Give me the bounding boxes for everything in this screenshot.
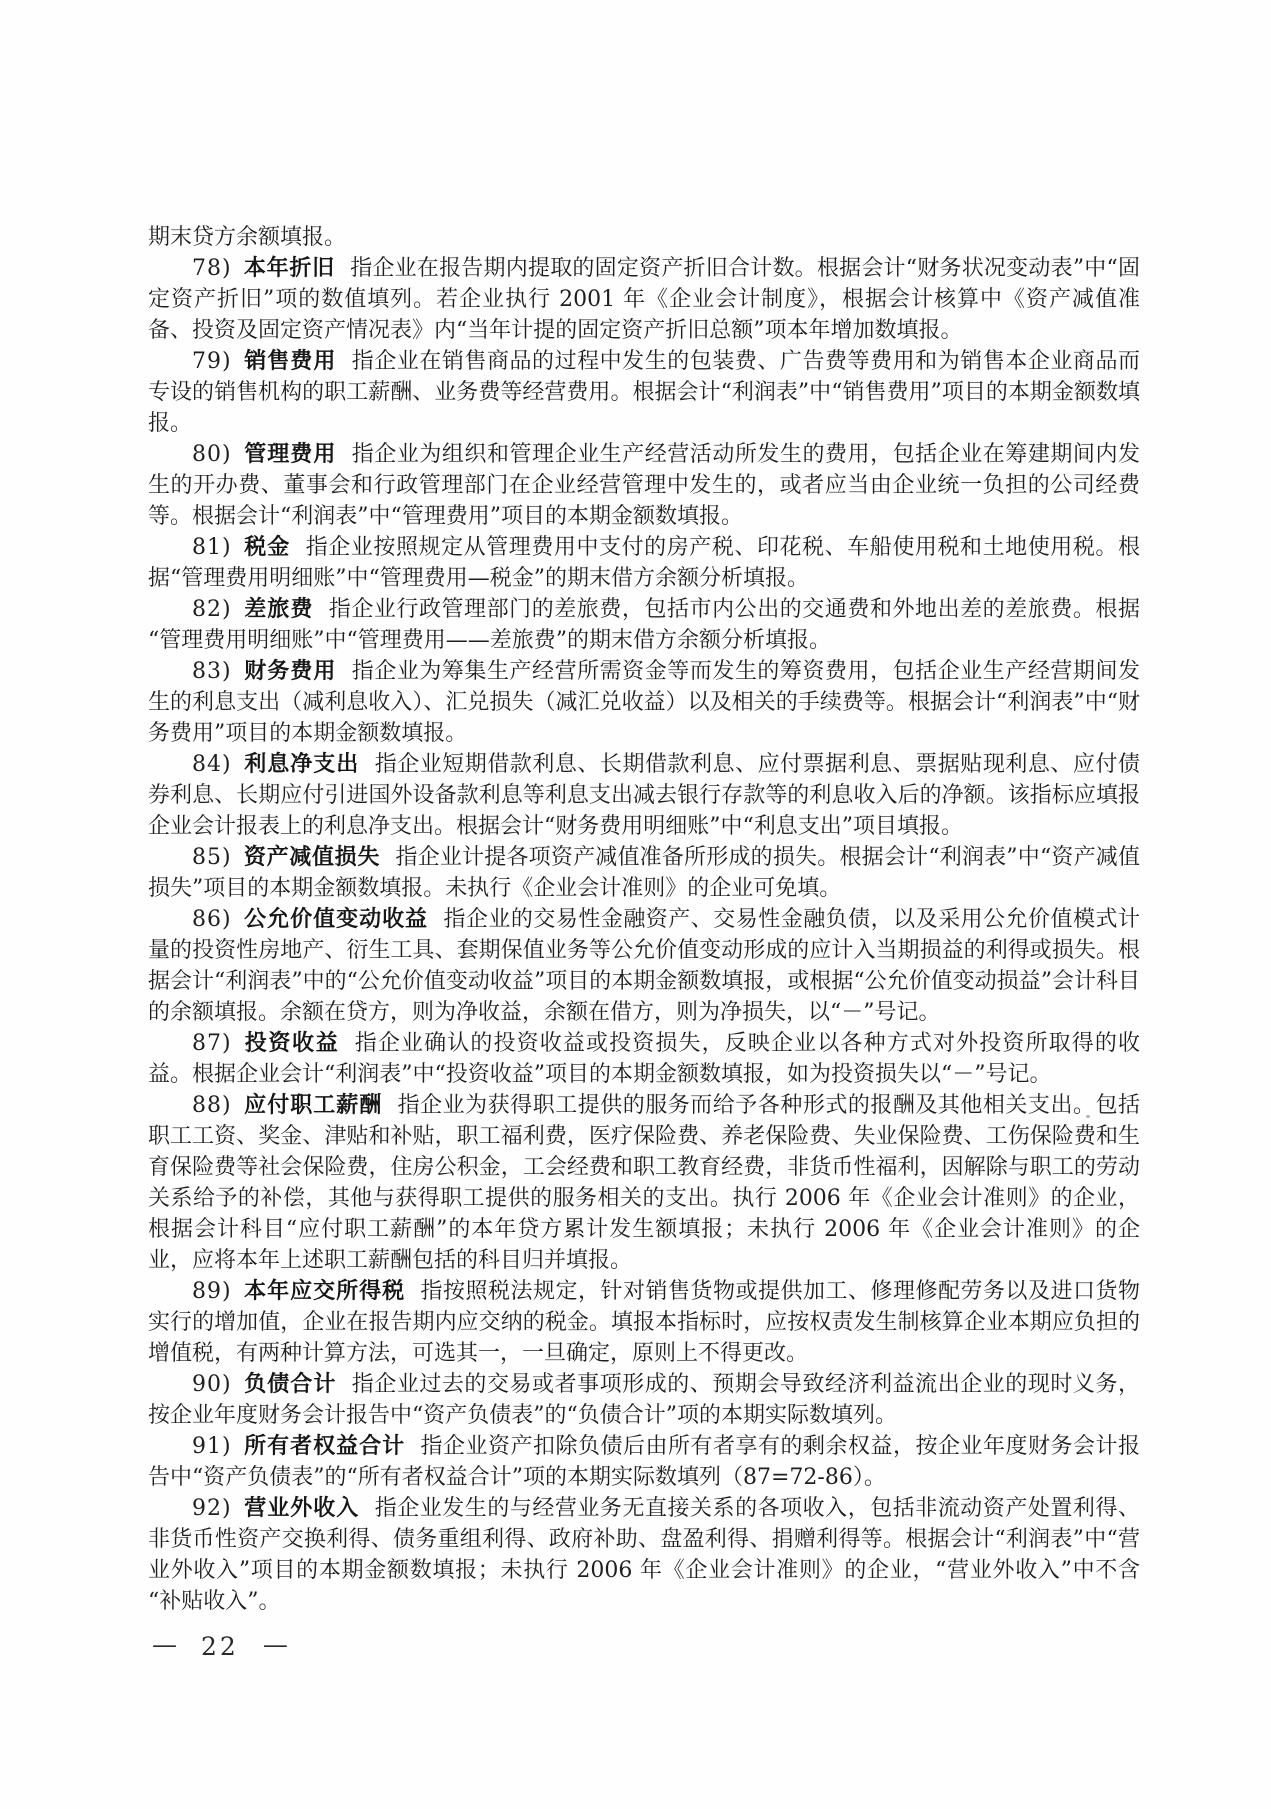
item-title: 销售费用 xyxy=(244,349,337,374)
footer-dash-left: — xyxy=(152,1630,177,1659)
definition-item-80: 80)管理费用指企业为组织和管理企业生产经营活动所发生的费用，包括企业在筹建期间… xyxy=(148,439,1140,532)
item-title: 本年折旧 xyxy=(244,256,335,281)
item-body: 指企业按照规定从管理费用中支付的房产税、印花税、车船使用税和土地使用税。根据“管… xyxy=(148,535,1140,591)
definition-item-90: 90)负债合计指企业过去的交易或者事项形成的、预期会导致经济利益流出企业的现时义… xyxy=(148,1369,1140,1431)
page-footer: — 22 — xyxy=(152,1632,288,1661)
item-number: 79) xyxy=(192,349,232,374)
item-title: 所有者权益合计 xyxy=(244,1434,405,1459)
item-title: 财务费用 xyxy=(244,659,337,684)
item-number: 87) xyxy=(192,1031,232,1056)
definition-item-82: 82)差旅费指企业行政管理部门的差旅费，包括市内公出的交通费和外地出差的差旅费。… xyxy=(148,594,1140,656)
page-number: 22 xyxy=(201,1632,239,1661)
paragraph-continuation: 期末贷方余额填报。 xyxy=(148,222,1140,253)
item-number: 86) xyxy=(192,907,232,932)
item-title: 应付职工薪酬 xyxy=(244,1093,383,1118)
definition-item-91: 91)所有者权益合计指企业资产扣除负债后由所有者享有的剩余权益，按企业年度财务会… xyxy=(148,1431,1140,1493)
definition-item-89: 89)本年应交所得税指按照税法规定，针对销售货物或提供加工、修理修配劳务以及进口… xyxy=(148,1276,1140,1369)
item-body: 指企业为获得职工提供的服务而给予各种形式的报酬及其他相关支出。包括职工工资、奖金… xyxy=(148,1093,1140,1273)
scan-artifact xyxy=(1086,1115,1090,1118)
text-block: 期末贷方余额填报。 78)本年折旧指企业在报告期内提取的固定资产折旧合计数。根据… xyxy=(148,222,1140,1617)
item-number: 78) xyxy=(192,256,232,281)
definition-item-79: 79)销售费用指企业在销售商品的过程中发生的包装费、广告费等费用和为销售本企业商… xyxy=(148,346,1140,439)
item-title: 公允价值变动收益 xyxy=(244,907,428,932)
definition-item-92: 92)营业外收入指企业发生的与经营业务无直接关系的各项收入，包括非流动资产处置利… xyxy=(148,1493,1140,1617)
item-title: 投资收益 xyxy=(244,1031,340,1056)
item-number: 82) xyxy=(192,597,232,622)
item-number: 88) xyxy=(192,1093,232,1118)
item-number: 83) xyxy=(192,659,232,684)
item-number: 80) xyxy=(192,442,232,467)
item-number: 81) xyxy=(192,535,232,560)
definition-item-85: 85)资产减值损失指企业计提各项资产减值准备所形成的损失。根据会计“利润表”中“… xyxy=(148,842,1140,904)
item-title: 税金 xyxy=(244,535,291,560)
item-title: 本年应交所得税 xyxy=(244,1279,405,1304)
footer-dash-right: — xyxy=(263,1630,288,1659)
item-title: 负债合计 xyxy=(244,1372,337,1397)
definition-item-88: 88)应付职工薪酬指企业为获得职工提供的服务而给予各种形式的报酬及其他相关支出。… xyxy=(148,1090,1140,1276)
item-title: 利息净支出 xyxy=(244,752,360,777)
item-title: 差旅费 xyxy=(244,597,314,622)
definition-item-84: 84)利息净支出指企业短期借款利息、长期借款利息、应付票据利息、票据贴现利息、应… xyxy=(148,749,1140,842)
scan-artifact xyxy=(1086,545,1089,548)
item-number: 90) xyxy=(192,1372,232,1397)
item-title: 管理费用 xyxy=(244,442,337,467)
item-title: 营业外收入 xyxy=(244,1496,360,1521)
continuation-text: 期末贷方余额填报。 xyxy=(148,225,346,250)
item-title: 资产减值损失 xyxy=(244,845,380,870)
item-number: 84) xyxy=(192,752,232,777)
scan-artifact xyxy=(1082,455,1086,459)
definition-item-87: 87)投资收益指企业确认的投资收益或投资损失，反映企业以各种方式对外投资所取得的… xyxy=(148,1028,1140,1090)
item-number: 85) xyxy=(192,845,232,870)
document-page: 期末贷方余额填报。 78)本年折旧指企业在报告期内提取的固定资产折旧合计数。根据… xyxy=(0,0,1271,1809)
item-number: 91) xyxy=(192,1434,232,1459)
item-number: 92) xyxy=(192,1496,232,1521)
definition-item-78: 78)本年折旧指企业在报告期内提取的固定资产折旧合计数。根据会计“财务状况变动表… xyxy=(148,253,1140,346)
item-number: 89) xyxy=(192,1279,232,1304)
definition-item-81: 81)税金指企业按照规定从管理费用中支付的房产税、印花税、车船使用税和土地使用税… xyxy=(148,532,1140,594)
definition-item-86: 86)公允价值变动收益指企业的交易性金融资产、交易性金融负债，以及采用公允价值模… xyxy=(148,904,1140,1028)
definition-item-83: 83)财务费用指企业为筹集生产经营所需资金等而发生的筹资费用，包括企业生产经营期… xyxy=(148,656,1140,749)
